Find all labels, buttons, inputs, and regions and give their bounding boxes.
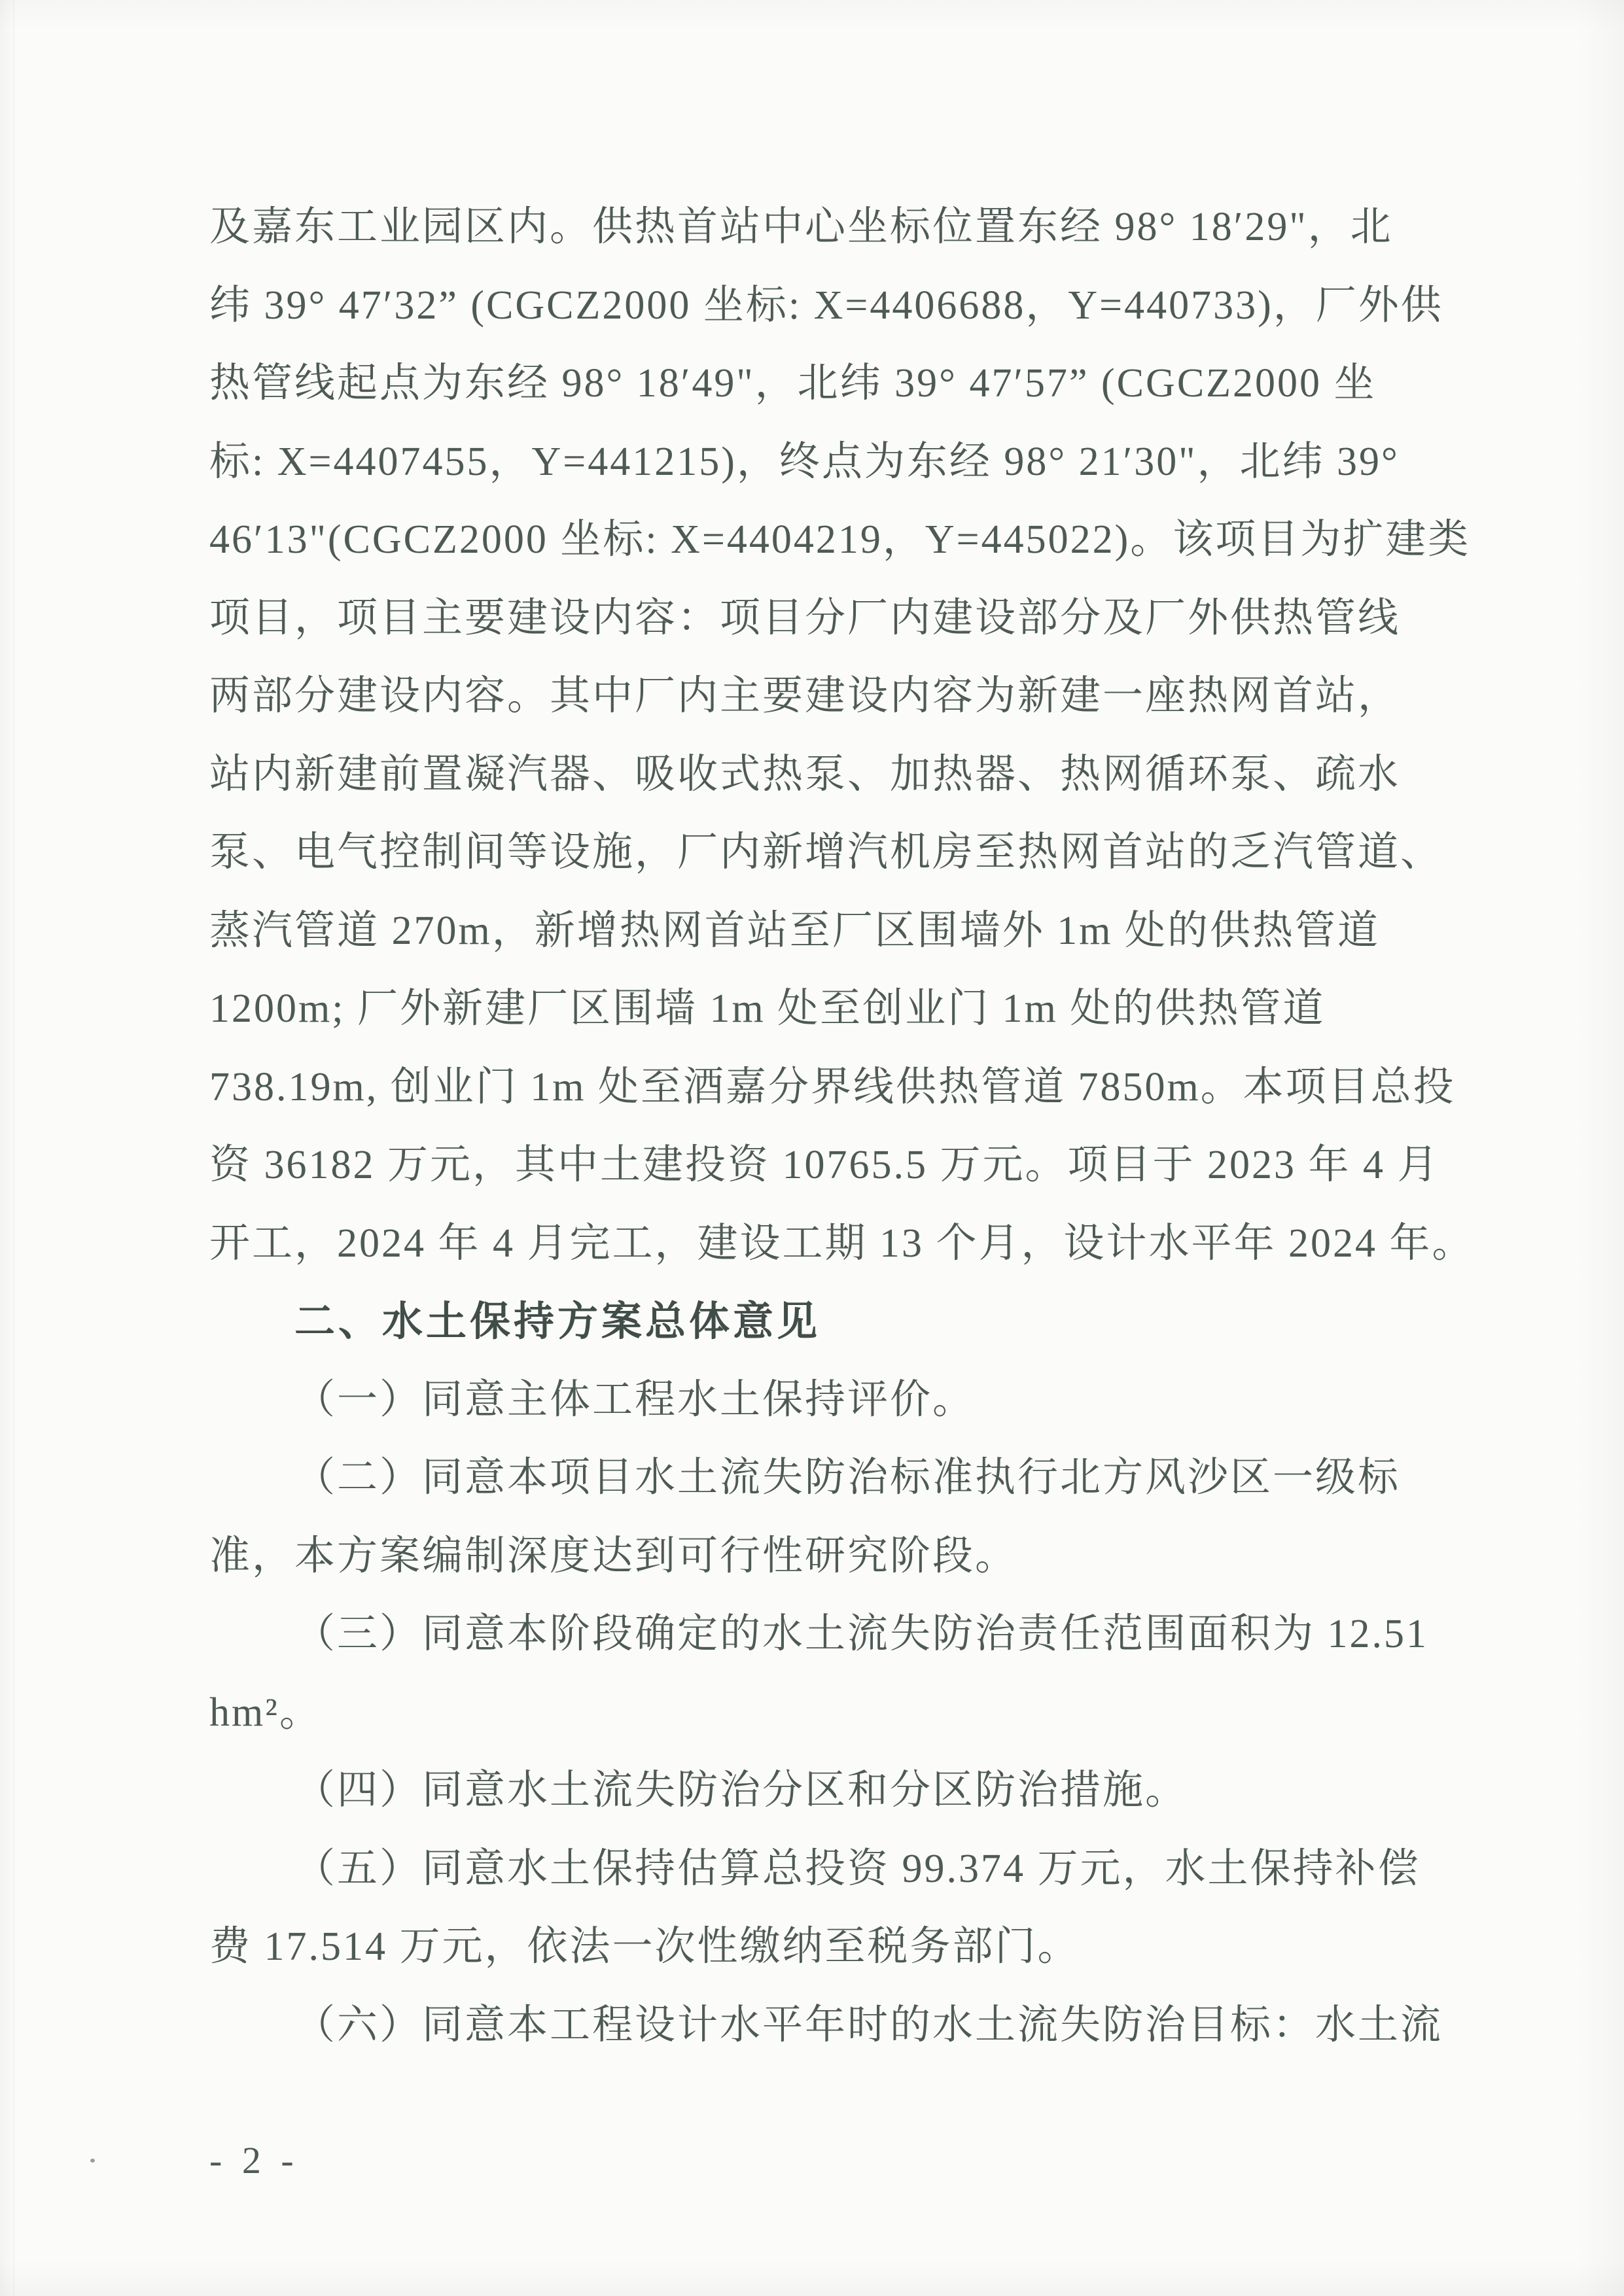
text-line: 项目，项目主要建设内容：项目分厂内建设部分及厂外供热管线	[209, 580, 1446, 658]
text-line: 资 36182 万元，其中土建投资 10765.5 万元。项目于 2023 年 …	[209, 1126, 1446, 1205]
text-line: 站内新建前置凝汽器、吸收式热泵、加热器、热网循环泵、疏水	[209, 736, 1446, 814]
text-line: 46′13"(CGCZ2000 坐标: X=4404219，Y=445022)。…	[209, 501, 1446, 580]
text-line: （三）同意本阶段确定的水土流失防治责任范围面积为 12.51	[209, 1595, 1446, 1674]
text-line: 准，本方案编制深度达到可行性研究阶段。	[209, 1518, 1446, 1596]
text-line: （五）同意水土保持估算总投资 99.374 万元，水土保持补偿	[209, 1830, 1446, 1909]
scan-speck	[90, 2159, 95, 2163]
text-line: 1200m; 厂外新建厂区围墙 1m 处至创业门 1m 处的供热管道	[209, 970, 1446, 1049]
text-line: （一）同意主体工程水土保持评价。	[209, 1361, 1446, 1440]
section-heading: 二、水土保持方案总体意见	[209, 1283, 1446, 1361]
text-line: 两部分建设内容。其中厂内主要建设内容为新建一座热网首站，	[209, 657, 1446, 736]
text-line: 蒸汽管道 270m，新增热网首站至厂区围墙外 1m 处的供热管道	[209, 892, 1446, 971]
document-body: 及嘉东工业园区内。供热首站中心坐标位置东经 98° 18′29"，北纬 39° …	[209, 188, 1446, 2064]
text-line: 及嘉东工业园区内。供热首站中心坐标位置东经 98° 18′29"，北	[209, 188, 1446, 267]
text-line: 开工，2024 年 4 月完工，建设工期 13 个月，设计水平年 2024 年。	[209, 1205, 1446, 1283]
text-line: （六）同意本工程设计水平年时的水土流失防治目标：水土流	[209, 1987, 1446, 2065]
scan-edge-hairline	[13, 0, 14, 2296]
text-line: hm²。	[209, 1674, 1446, 1752]
page-number: - 2 -	[209, 2125, 299, 2197]
text-line: 泵、电气控制间等设施，厂内新增汽机房至热网首站的乏汽管道、	[209, 814, 1446, 892]
document-page: 及嘉东工业园区内。供热首站中心坐标位置东经 98° 18′29"，北纬 39° …	[0, 0, 1624, 2296]
text-line: （四）同意水土流失防治分区和分区防治措施。	[209, 1752, 1446, 1830]
text-line: 标: X=4407455，Y=441215)，终点为东经 98° 21′30"，…	[209, 423, 1446, 502]
text-line: 热管线起点为东经 98° 18′49"，北纬 39° 47′57” (CGCZ2…	[209, 345, 1446, 423]
text-line: 费 17.514 万元，依法一次性缴纳至税务部门。	[209, 1908, 1446, 1987]
text-line: （二）同意本项目水土流失防治标准执行北方风沙区一级标	[209, 1439, 1446, 1518]
text-line: 738.19m, 创业门 1m 处至酒嘉分界线供热管道 7850m。本项目总投	[209, 1049, 1446, 1127]
text-line: 纬 39° 47′32” (CGCZ2000 坐标: X=4406688，Y=4…	[209, 267, 1446, 345]
